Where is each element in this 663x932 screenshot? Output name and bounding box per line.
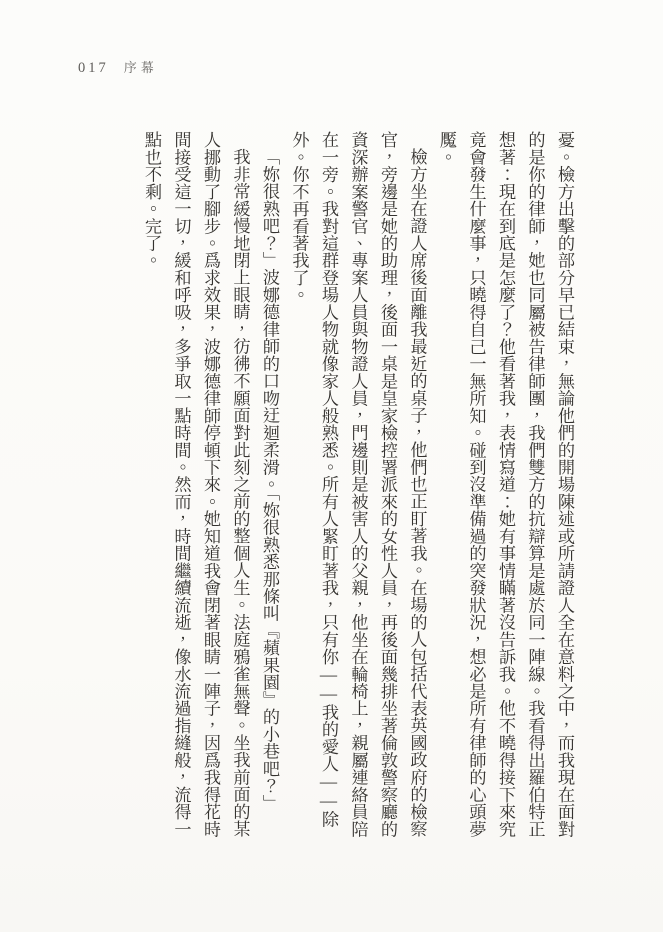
book-page: 017 序幕 憂。檢方出擊的部分早已結束，無論他們的開場陳述或所請證人全在意料之… [0,0,663,932]
paragraph-3: 「妳很熟吧？」波娜德律師的口吻迂迴柔滑。「妳很熟悉那條叫『蘋果園』的小巷吧？」 [255,131,285,854]
running-head: 017 序幕 [78,57,158,77]
paragraph-2: 檢方坐在證人席後面離我最近的桌子，他們也正盯著我。在場的人包括代表英國政府的檢察… [284,131,432,854]
page-number: 017 [78,60,109,77]
chapter-title: 序幕 [124,57,158,76]
paragraph-1: 憂。檢方出擊的部分早已結束，無論他們的開場陳述或所請證人全在意料之中，而我現在面… [432,131,580,854]
paragraph-4: 我非常緩慢地閉上眼睛，彷彿不願面對此刻之前的整個人生。法庭鴉雀無聲。坐我前面的某… [137,131,255,854]
body-text: 憂。檢方出擊的部分早已結束，無論他們的開場陳述或所請證人全在意料之中，而我現在面… [137,131,580,854]
